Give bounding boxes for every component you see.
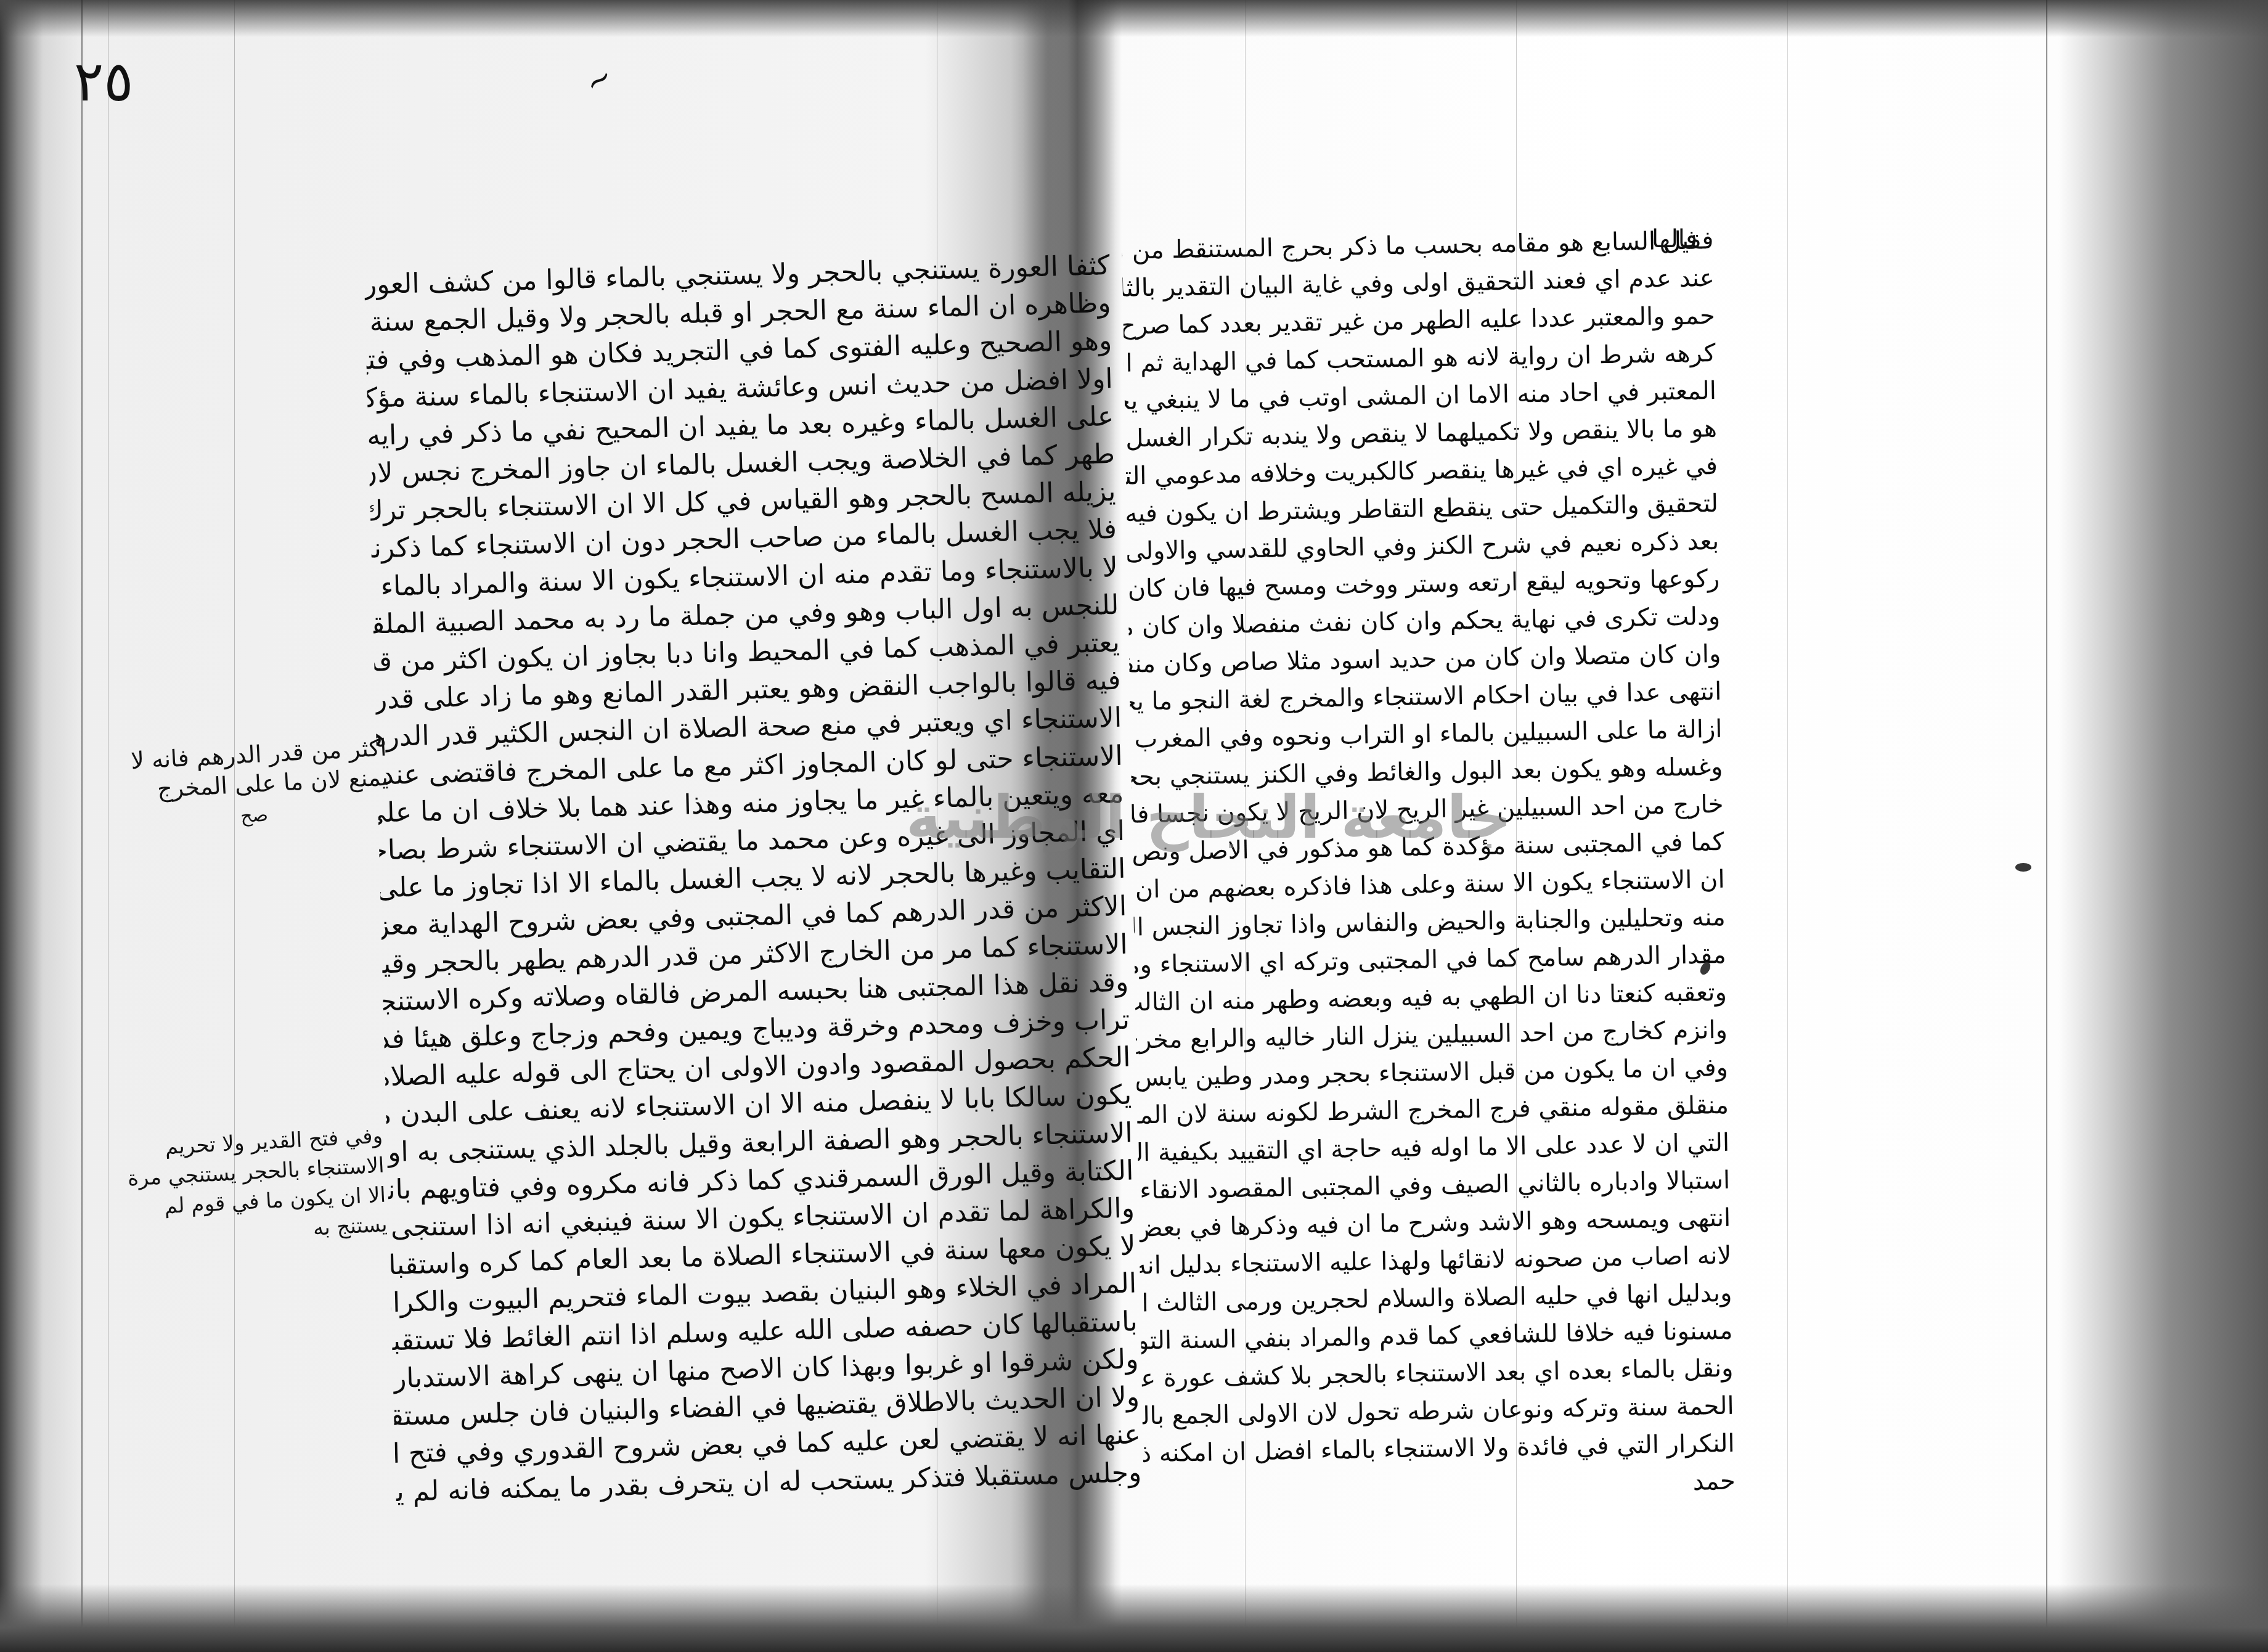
page-edge-rule xyxy=(81,0,83,1652)
margin-note-text: اكثر من قدر الدرهم فانه لا يمنع لان ما ع… xyxy=(130,734,389,803)
margin-note: اكثر من قدر الدرهم فانه لا يمنع لان ما ع… xyxy=(115,733,390,838)
margin-note-text: وفي فتح القدير ولا تحريم الاستنجاء بالحج… xyxy=(127,1124,388,1241)
margin-note: وفي فتح القدير ولا تحريم الاستنجاء بالحج… xyxy=(111,1121,388,1254)
left-page-text: كثفا العورة يستنجي بالحجر ولا يستنجي بال… xyxy=(364,247,1141,1511)
folio-number: ٢٥ xyxy=(74,49,134,114)
ink-blot xyxy=(2015,863,2031,872)
library-watermark: جامعة النجاح الوطنية xyxy=(906,783,1512,852)
ruling-line xyxy=(108,0,108,1652)
right-page-text: فقيل السابع هو مقامه بحسب ما ذكر بحرج ال… xyxy=(1122,222,1736,1510)
page-edge-rule xyxy=(2046,0,2047,1652)
ruling-line xyxy=(1787,0,1788,1652)
